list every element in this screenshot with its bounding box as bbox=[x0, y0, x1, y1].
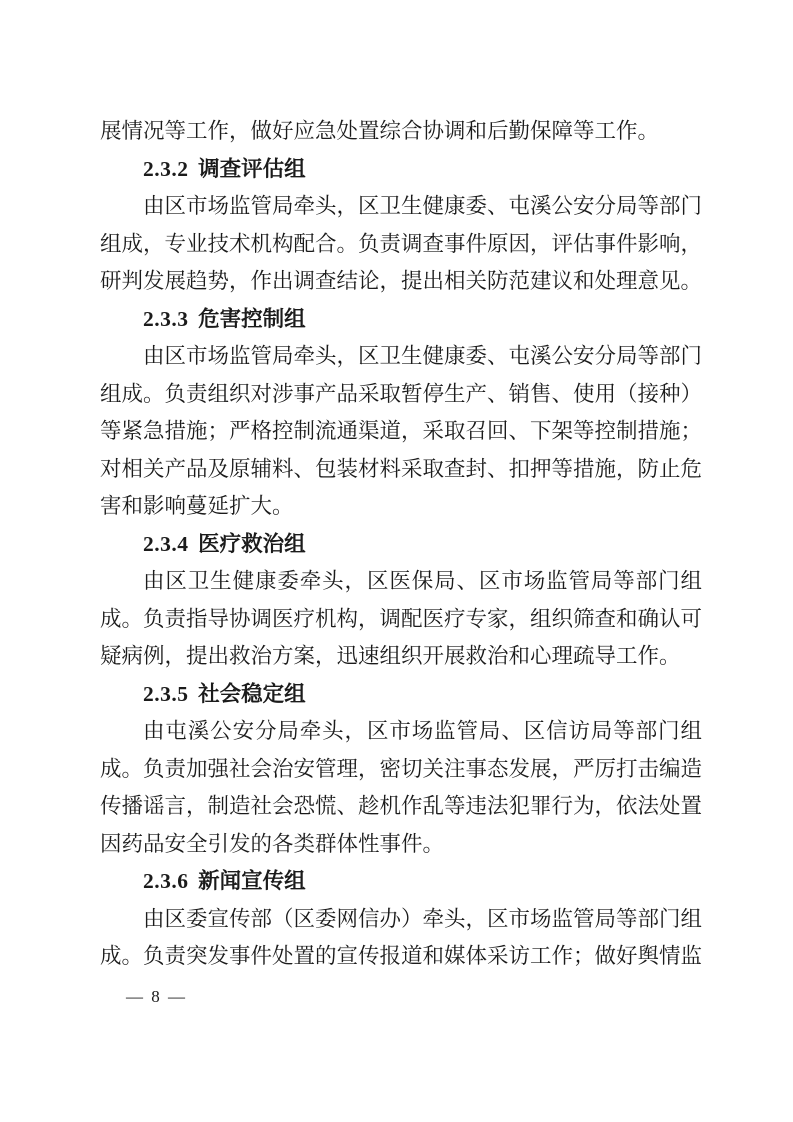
body-paragraph-social-stability-group: 由屯溪公安分局牵头，区市场监管局、区信访局等部门组成。负责加强社会治安管理，密切… bbox=[100, 713, 702, 863]
heading-title: 危害控制组 bbox=[198, 307, 306, 331]
section-heading-2-3-5: 2.3.5社会稳定组 bbox=[100, 676, 702, 714]
section-heading-2-3-2: 2.3.2调查评估组 bbox=[100, 151, 702, 189]
page-number: — 8 — bbox=[126, 987, 187, 1006]
heading-title: 社会稳定组 bbox=[198, 682, 306, 706]
body-paragraph-news-publicity-group: 由区委宣传部（区委网信办）牵头，区市场监管局等部门组成。负责突发事件处置的宣传报… bbox=[100, 901, 702, 976]
document-page: 展情况等工作，做好应急处置综合协调和后勤保障等工作。 2.3.2调查评估组 由区… bbox=[0, 0, 793, 1122]
heading-number: 2.3.2 bbox=[143, 157, 189, 181]
heading-number: 2.3.4 bbox=[143, 532, 189, 556]
heading-number: 2.3.5 bbox=[143, 682, 189, 706]
page-footer: — 8 — bbox=[126, 986, 187, 1008]
heading-title: 医疗救治组 bbox=[198, 532, 306, 556]
continuation-paragraph: 展情况等工作，做好应急处置综合协调和后勤保障等工作。 bbox=[100, 113, 702, 151]
body-paragraph-investigation-group: 由区市场监管局牵头，区卫生健康委、屯溪公安分局等部门组成，专业技术机构配合。负责… bbox=[100, 188, 702, 301]
section-heading-2-3-4: 2.3.4医疗救治组 bbox=[100, 526, 702, 564]
heading-title: 调查评估组 bbox=[198, 157, 306, 181]
heading-title: 新闻宣传组 bbox=[198, 869, 306, 893]
heading-number: 2.3.3 bbox=[143, 307, 189, 331]
section-heading-2-3-6: 2.3.6新闻宣传组 bbox=[100, 863, 702, 901]
section-heading-2-3-3: 2.3.3危害控制组 bbox=[100, 301, 702, 339]
document-content: 展情况等工作，做好应急处置综合协调和后勤保障等工作。 2.3.2调查评估组 由区… bbox=[0, 0, 793, 976]
body-paragraph-hazard-control-group: 由区市场监管局牵头，区卫生健康委、屯溪公安分局等部门组成。负责组织对涉事产品采取… bbox=[100, 338, 702, 526]
body-paragraph-medical-rescue-group: 由区卫生健康委牵头，区医保局、区市场监管局等部门组成。负责指导协调医疗机构，调配… bbox=[100, 563, 702, 676]
heading-number: 2.3.6 bbox=[143, 869, 189, 893]
